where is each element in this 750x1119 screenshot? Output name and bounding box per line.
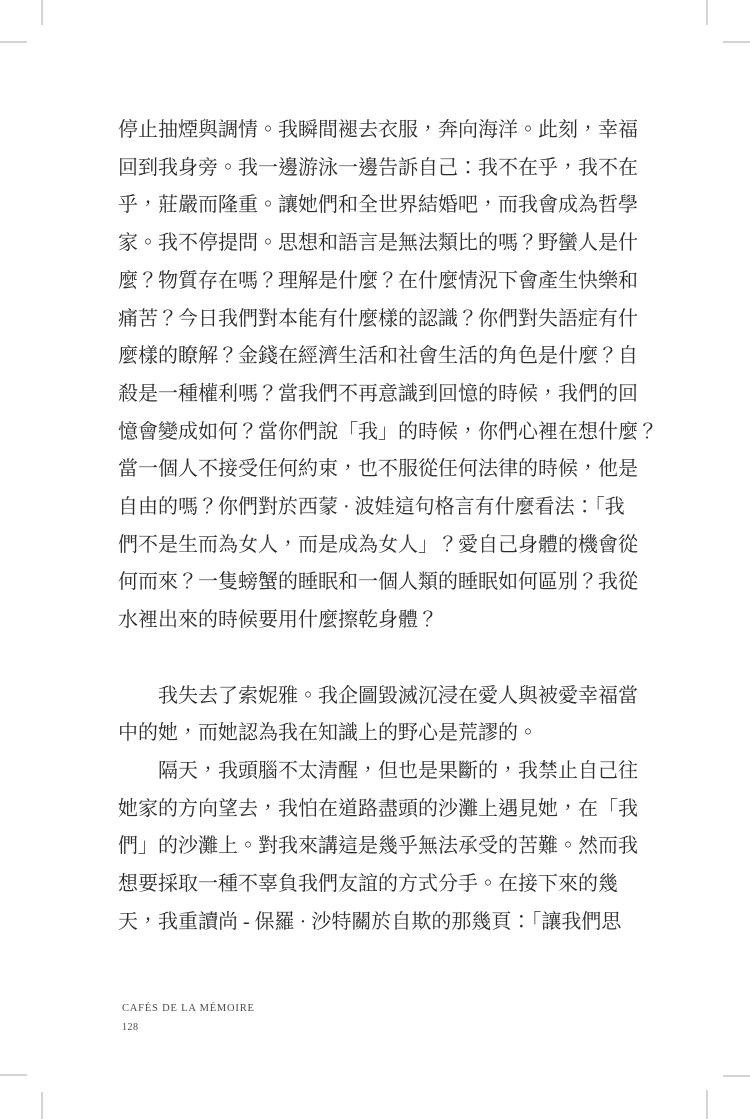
- text-line: 當一個人不接受任何約束，也不服從任何法律的時候，他是: [118, 451, 642, 489]
- text-line: 水裡出來的時候要用什麼擦乾身體？: [118, 602, 642, 640]
- text-line: 我失去了索妮雅。我企圖毀滅沉浸在愛人與被愛幸福當: [118, 678, 642, 716]
- text-line: 痛苦？今日我們對本能有什麼樣的認識？你們對失語症有什: [118, 301, 642, 339]
- running-title: CAFÉS DE LA MÉMOIRE: [122, 1003, 255, 1014]
- text-line: 乎，莊嚴而隆重。讓她們和全世界結婚吧，而我會成為哲學: [118, 187, 642, 225]
- crop-mark-top-right-horizontal: [723, 41, 750, 43]
- text-line: 停止抽煙與調情。我瞬間褪去衣服，奔向海洋。此刻，幸福: [118, 112, 642, 150]
- text-line: 中的她，而她認為我在知識上的野心是荒謬的。: [118, 715, 642, 753]
- text-line: 們」的沙灘上。對我來講這是幾乎無法承受的苦難。然而我: [118, 828, 642, 866]
- text-line: 隔天，我頭腦不太清醒，但也是果斷的，我禁止自己往: [118, 753, 642, 791]
- crop-mark-bottom-left-vertical: [41, 1092, 43, 1119]
- text-line: 自由的嗎？你們對於西蒙 · 波娃這句格言有什麼看法：「我: [118, 489, 642, 527]
- crop-mark-top-left-horizontal: [0, 41, 27, 43]
- crop-mark-top-left-vertical: [41, 0, 43, 25]
- crop-mark-bottom-left-horizontal: [0, 1074, 27, 1076]
- text-line: 何而來？一隻螃蟹的睡眠和一個人類的睡眠如何區別？我從: [118, 564, 642, 602]
- text-line: 她家的方向望去，我怕在道路盡頭的沙灘上遇見她，在「我: [118, 791, 642, 829]
- crop-mark-bottom-right-vertical: [706, 1090, 708, 1119]
- crop-mark-bottom-right-horizontal: [723, 1075, 750, 1077]
- body-text: 停止抽煙與調情。我瞬間褪去衣服，奔向海洋。此刻，幸福回到我身旁。我一邊游泳一邊告…: [118, 112, 642, 941]
- text-line: 殺是一種權利嗎？當我們不再意識到回憶的時候，我們的回: [118, 376, 642, 414]
- text-line: 回到我身旁。我一邊游泳一邊告訴自己：我不在乎，我不在: [118, 150, 642, 188]
- text-line: 憶會變成如何？當你們說「我」的時候，你們心裡在想什麼？: [118, 414, 642, 452]
- text-line: 想要採取一種不辜負我們友誼的方式分手。在接下來的幾: [118, 866, 642, 904]
- crop-mark-top-right-vertical: [706, 0, 708, 25]
- page-number: 128: [122, 1022, 255, 1033]
- text-line: 天，我重讀尚 - 保羅 · 沙特關於自欺的那幾頁：「讓我們思: [118, 904, 642, 942]
- text-line: 家。我不停提問。思想和語言是無法類比的嗎？野蠻人是什: [118, 225, 642, 263]
- page-footer: CAFÉS DE LA MÉMOIRE 128: [122, 1003, 255, 1033]
- blank-line: [118, 640, 642, 678]
- text-line: 麼？物質存在嗎？理解是什麼？在什麼情況下會產生快樂和: [118, 263, 642, 301]
- text-line: 們不是生而為女人，而是成為女人」？愛自己身體的機會從: [118, 527, 642, 565]
- text-line: 麼樣的瞭解？金錢在經濟生活和社會生活的角色是什麼？自: [118, 338, 642, 376]
- book-page: 停止抽煙與調情。我瞬間褪去衣服，奔向海洋。此刻，幸福回到我身旁。我一邊游泳一邊告…: [0, 0, 750, 1119]
